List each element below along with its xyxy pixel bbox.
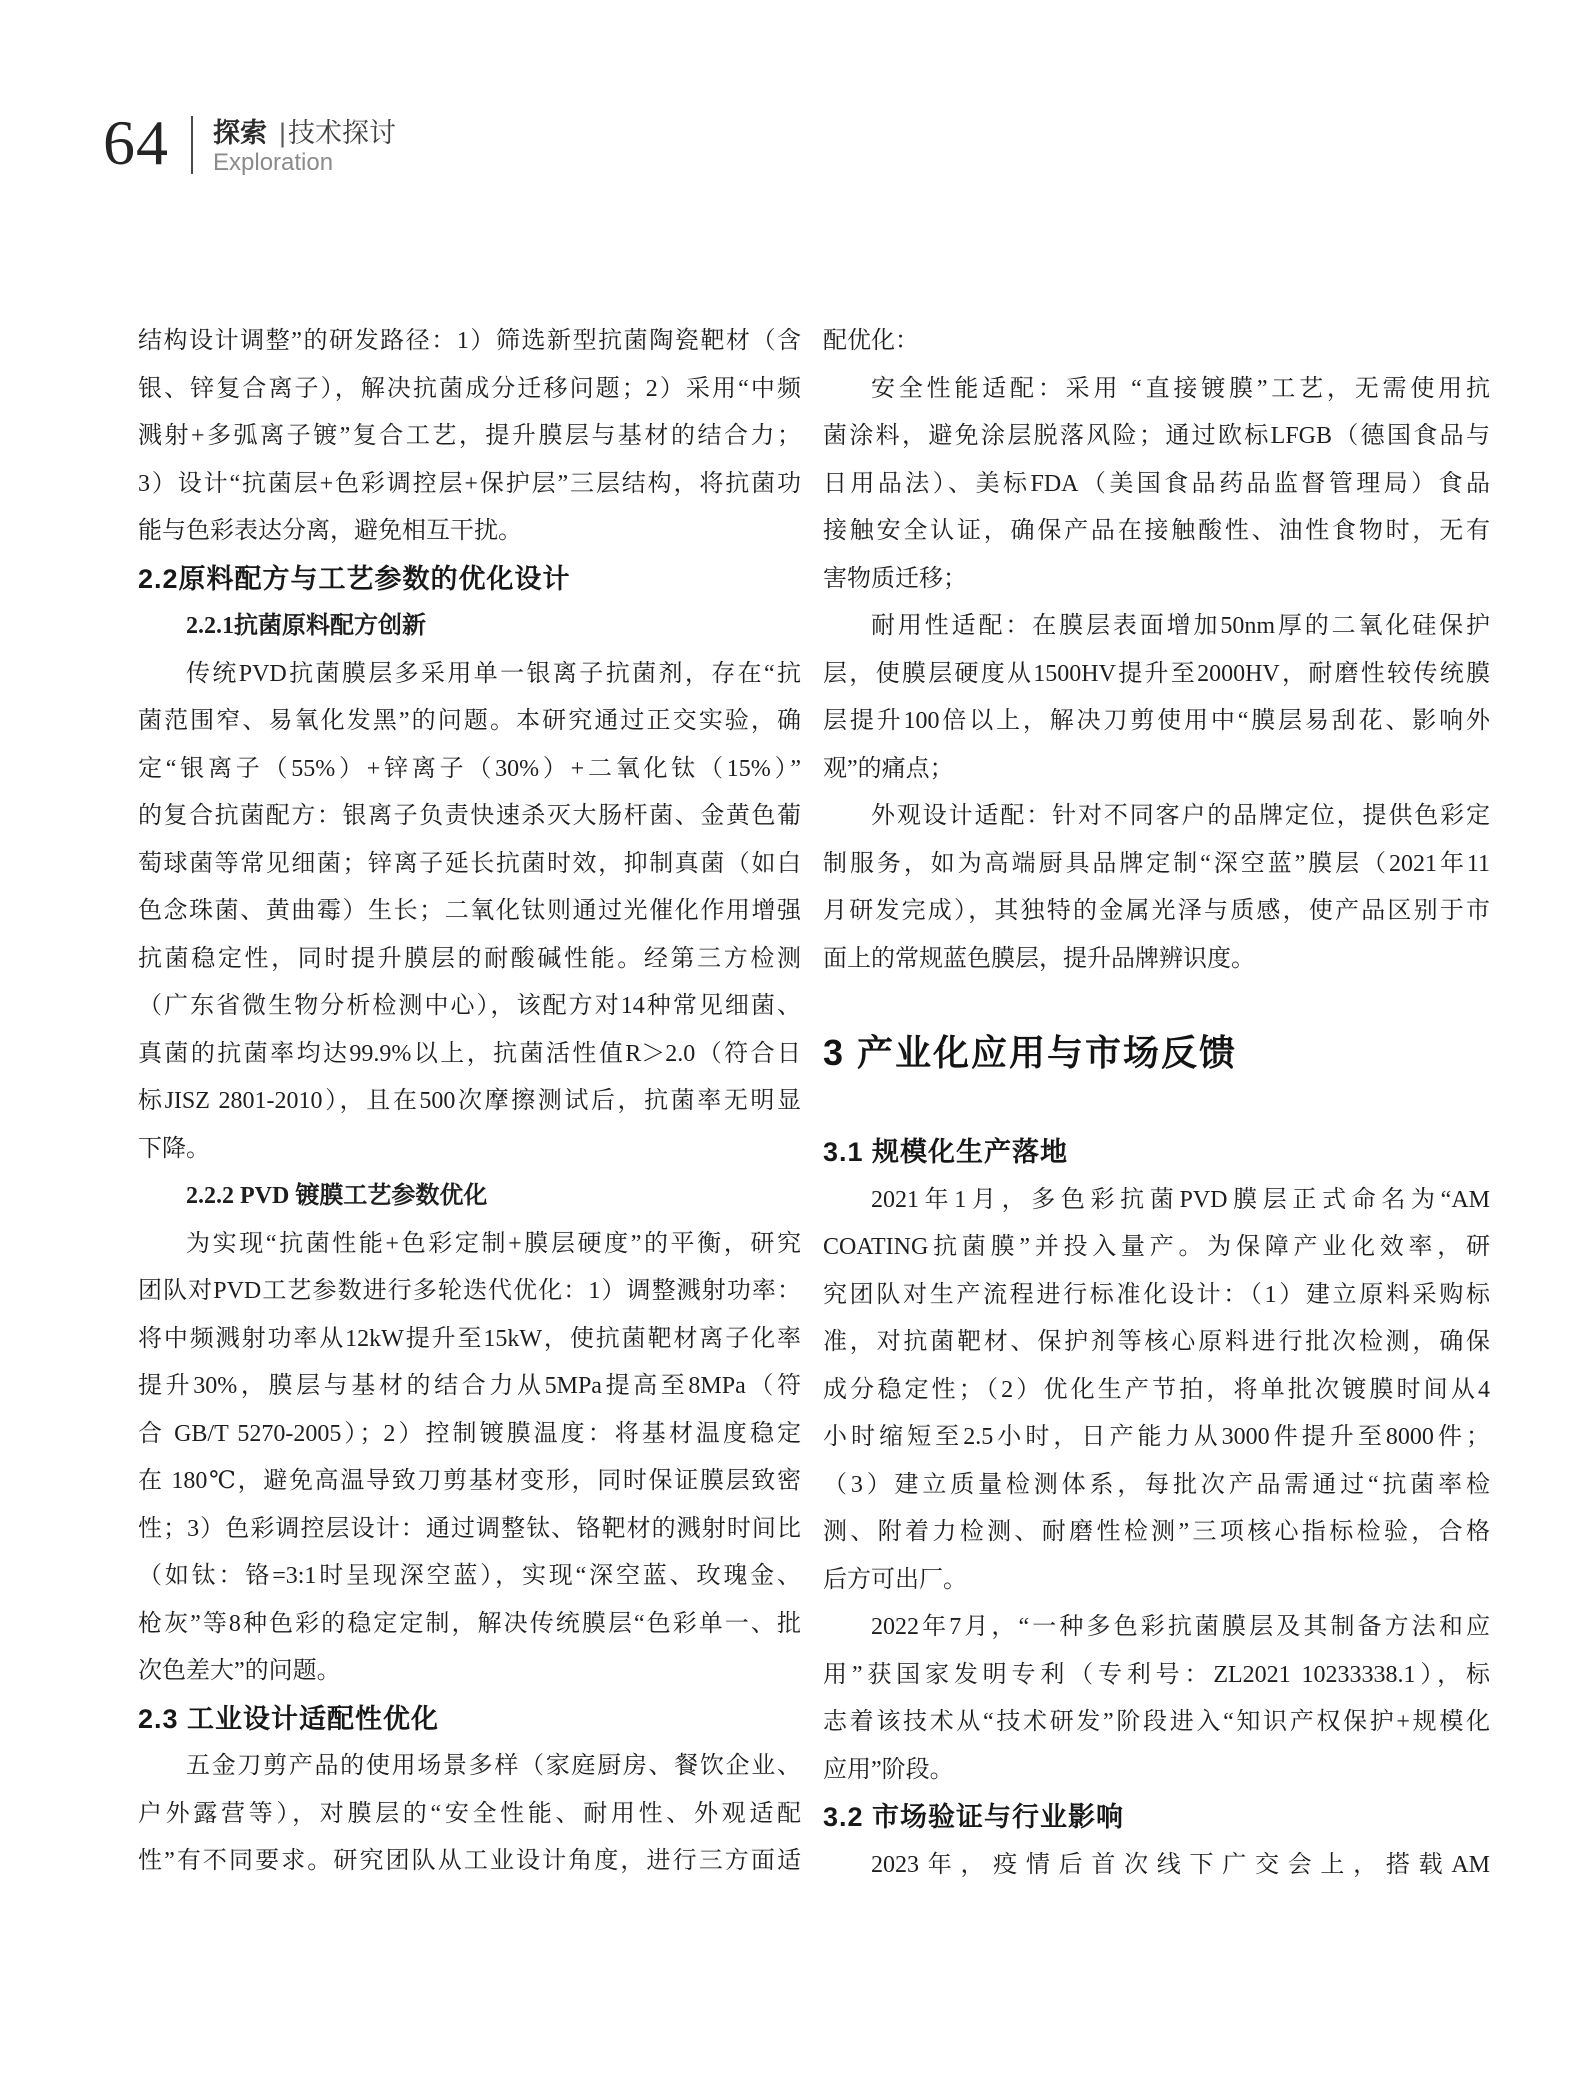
- body-line: 次色差大”的问题。: [138, 1648, 801, 1696]
- body-line: 枪灰”等8种色彩的稳定定制，解决传统膜层“色彩单一、批: [138, 1601, 801, 1649]
- body-line: 为实现“抗菌性能+色彩定制+膜层硬度”的平衡，研究: [138, 1221, 801, 1269]
- article-body: 结构设计调整”的研发路径：1）筛选新型抗菌陶瓷靶材（含银、锌复合离子），解决抗菌…: [138, 318, 1490, 1889]
- subsection-heading: 2.2.2 PVD 镀膜工艺参数优化: [138, 1173, 801, 1221]
- body-line: 2021年1月，多色彩抗菌PVD膜层正式命名为“AM: [823, 1177, 1490, 1225]
- body-line: （广东省微生物分析检测中心），该配方对14种常见细菌、: [138, 983, 801, 1031]
- body-line: 接触安全认证，确保产品在接触酸性、油性食物时，无有: [823, 508, 1490, 556]
- body-line: 抗菌稳定性，同时提升膜层的耐酸碱性能。经第三方检测: [138, 936, 801, 984]
- body-line: 性；3）色彩调控层设计：通过调整钛、铬靶材的溅射时间比: [138, 1506, 801, 1554]
- body-line: 能与色彩表达分离，避免相互干扰。: [138, 508, 801, 556]
- body-line: （如钛：铬=3:1时呈现深空蓝），实现“深空蓝、玫瑰金、: [138, 1553, 801, 1601]
- body-line: 制服务，如为高端厨具品牌定制“深空蓝”膜层（2021年11: [823, 841, 1490, 889]
- body-line: 结构设计调整”的研发路径：1）筛选新型抗菌陶瓷靶材（含: [138, 318, 801, 366]
- body-line: 菌范围窄、易氧化发黑”的问题。本研究通过正交实验，确: [138, 698, 801, 746]
- body-line: COATING抗菌膜”并投入量产。为保障产业化效率，研: [823, 1224, 1490, 1272]
- section-heading: 2.2原料配方与工艺参数的优化设计: [138, 556, 801, 604]
- body-line: 观”的痛点；: [823, 746, 1490, 794]
- body-line: 合 GB/T 5270-2005）；2）控制镀膜温度：将基材温度稳定: [138, 1411, 801, 1459]
- body-line: 户外露营等），对膜层的“安全性能、耐用性、外观适配: [138, 1791, 801, 1839]
- body-line: 2023年，疫情后首次线下广交会上，搭载AM: [823, 1842, 1490, 1890]
- body-line: 性”有不同要求。研究团队从工业设计角度，进行三方面适: [138, 1838, 801, 1886]
- body-line: 面上的常规蓝色膜层，提升品牌辨识度。: [823, 936, 1490, 984]
- body-line: 害物质迁移；: [823, 556, 1490, 604]
- body-line: 究团队对生产流程进行标准化设计：（1）建立原料采购标: [823, 1272, 1490, 1320]
- body-line: 应用”阶段。: [823, 1747, 1490, 1795]
- body-line: 配优化：: [823, 318, 1490, 366]
- body-line: 将中频溅射功率从12kW提升至15kW，使抗菌靶材离子化率: [138, 1316, 801, 1364]
- body-line: 月研发完成），其独特的金属光泽与质感，使产品区别于市: [823, 888, 1490, 936]
- body-line: 准，对抗菌靶材、保护剂等核心原料进行批次检测，确保: [823, 1319, 1490, 1367]
- body-line: 安全性能适配：采用 “直接镀膜”工艺，无需使用抗: [823, 366, 1490, 414]
- body-line: 真菌的抗菌率均达99.9%以上，抗菌活性值R＞2.0（符合日: [138, 1031, 801, 1079]
- section-subtitle-cn: 技术探讨: [288, 118, 396, 148]
- body-line: 耐用性适配：在膜层表面增加50nm厚的二氧化硅保护: [823, 603, 1490, 651]
- article-page: 64 探索|技术探讨 Exploration 结构设计调整”的研发路径：1）筛选…: [0, 0, 1595, 2086]
- section-heading: 2.3 工业设计适配性优化: [138, 1696, 801, 1744]
- subsection-heading: 2.2.1抗菌原料配方创新: [138, 603, 801, 651]
- header-divider: [191, 116, 193, 174]
- left-column: 结构设计调整”的研发路径：1）筛选新型抗菌陶瓷靶材（含银、锌复合离子），解决抗菌…: [138, 318, 801, 1889]
- chapter-heading: 3 产业化应用与市场反馈: [823, 1023, 1490, 1083]
- body-line: 溅射+多弧离子镀”复合工艺，提升膜层与基材的结合力；: [138, 413, 801, 461]
- body-line: 萄球菌等常见细菌；锌离子延长抗菌时效，抑制真菌（如白: [138, 841, 801, 889]
- section-heading: 3.2 市场验证与行业影响: [823, 1794, 1490, 1842]
- page-number: 64: [103, 108, 169, 178]
- body-line: （3）建立质量检测体系，每批次产品需通过“抗菌率检: [823, 1462, 1490, 1510]
- body-line: 2022年7月，“一种多色彩抗菌膜层及其制备方法和应: [823, 1604, 1490, 1652]
- section-title-separator: |: [279, 118, 286, 148]
- section-title-cn-row: 探索|技术探讨: [213, 118, 396, 148]
- body-line: 提升30%，膜层与基材的结合力从5MPa提高至8MPa（符: [138, 1363, 801, 1411]
- section-heading: 3.1 规模化生产落地: [823, 1129, 1490, 1177]
- body-line: 下降。: [138, 1126, 801, 1174]
- body-line: 五金刀剪产品的使用场景多样（家庭厨房、餐饮企业、: [138, 1743, 801, 1791]
- body-line: 菌涂料，避免涂层脱落风险；通过欧标LFGB（德国食品与: [823, 413, 1490, 461]
- section-title-en: Exploration: [213, 149, 396, 177]
- body-line: 后方可出厂。: [823, 1557, 1490, 1605]
- body-line: 日用品法）、美标FDA（美国食品药品监督管理局）食品: [823, 461, 1490, 509]
- body-line: 传统PVD抗菌膜层多采用单一银离子抗菌剂，存在“抗: [138, 651, 801, 699]
- body-line: 标JISZ 2801-2010），且在500次摩擦测试后，抗菌率无明显: [138, 1078, 801, 1126]
- section-title-block: 探索|技术探讨 Exploration: [213, 108, 396, 177]
- body-line: 用”获国家发明专利（专利号：ZL2021 10233338.1），标: [823, 1652, 1490, 1700]
- body-line: 定“银离子（55%）+锌离子（30%）+二氧化钛（15%）”: [138, 746, 801, 794]
- body-line: 志着该技术从“技术研发”阶段进入“知识产权保护+规模化: [823, 1699, 1490, 1747]
- body-line: 层，使膜层硬度从1500HV提升至2000HV，耐磨性较传统膜: [823, 651, 1490, 699]
- page-header: 64 探索|技术探讨 Exploration: [103, 108, 396, 178]
- body-line: 外观设计适配：针对不同客户的品牌定位，提供色彩定: [823, 793, 1490, 841]
- body-line: 色念珠菌、黄曲霉）生长；二氧化钛则通过光催化作用增强: [138, 888, 801, 936]
- body-line: 测、附着力检测、耐磨性检测”三项核心指标检验，合格: [823, 1509, 1490, 1557]
- body-line: 团队对PVD工艺参数进行多轮迭代优化：1）调整溅射功率：: [138, 1268, 801, 1316]
- body-line: 银、锌复合离子），解决抗菌成分迁移问题；2）采用“中频: [138, 366, 801, 414]
- body-line: 层提升100倍以上，解决刀剪使用中“膜层易刮花、影响外: [823, 698, 1490, 746]
- body-line: 在 180℃，避免高温导致刀剪基材变形，同时保证膜层致密: [138, 1458, 801, 1506]
- section-title-cn: 探索: [213, 118, 267, 148]
- right-column: 配优化：安全性能适配：采用 “直接镀膜”工艺，无需使用抗菌涂料，避免涂层脱落风险…: [823, 318, 1490, 1889]
- body-line: 的复合抗菌配方：银离子负责快速杀灭大肠杆菌、金黄色葡: [138, 793, 801, 841]
- body-line: 成分稳定性；（2）优化生产节拍，将单批次镀膜时间从4: [823, 1367, 1490, 1415]
- body-line: 3）设计“抗菌层+色彩调控层+保护层”三层结构，将抗菌功: [138, 461, 801, 509]
- body-line: 小时缩短至2.5小时，日产能力从3000件提升至8000件；: [823, 1414, 1490, 1462]
